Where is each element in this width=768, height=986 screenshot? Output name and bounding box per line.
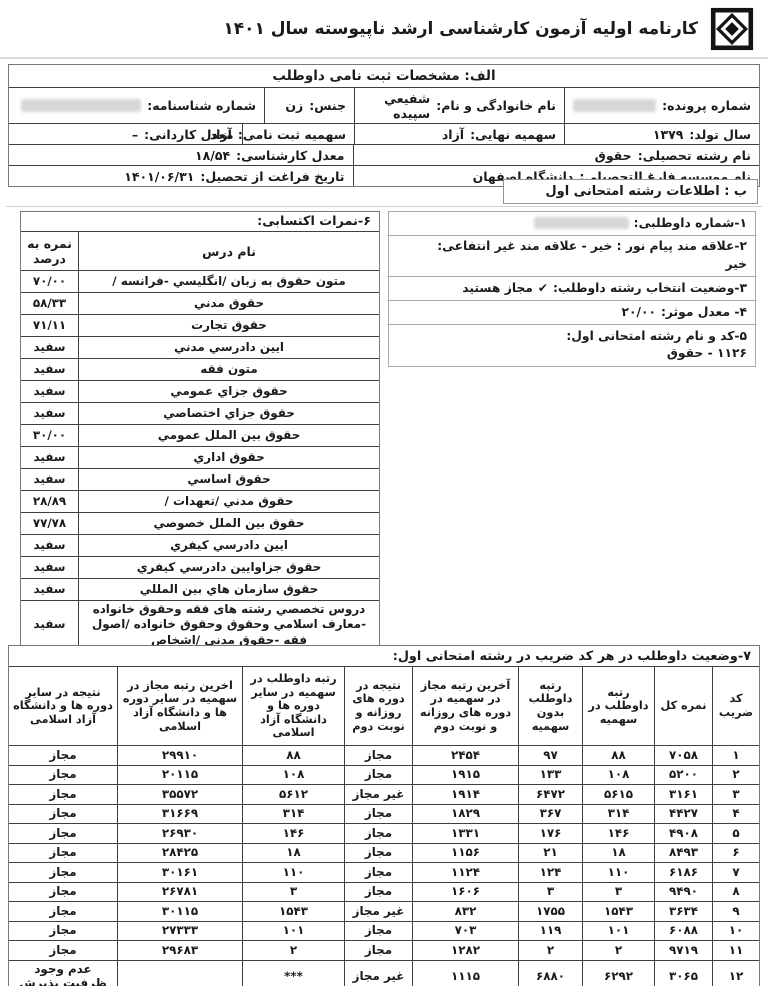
gender-value: زن <box>285 98 303 113</box>
section-a-registration-table: الف: مشخصات ثبت نامی داوطلب شماره پرونده… <box>8 64 760 187</box>
reg-quota-field: سهمیه ثبت نامی: آزاد <box>242 124 355 144</box>
table-cell: ۱۷۶ <box>518 824 582 843</box>
table-cell: ۱۳۳۱ <box>412 824 518 843</box>
table-cell: ۶۱۸۶ <box>654 863 712 882</box>
table-cell: حقوق جزاي اختصاصي <box>78 403 379 424</box>
graduation-date-field: تاریخ فراغت از تحصیل: ۱۴۰۱/۰۶/۳۱ <box>9 166 353 186</box>
table-cell: ۱۱۰ <box>582 863 654 882</box>
table-cell: ۸۸ <box>242 746 344 765</box>
section-a-title: الف: مشخصات ثبت نامی داوطلب <box>9 65 759 87</box>
table-row: شماره پرونده: نام خانوادگی و نام: شفیعي … <box>9 87 759 123</box>
azad-university-logo-icon <box>710 7 754 51</box>
table-cell: مجاز <box>344 863 412 882</box>
column-header-rank-in-quota: رتبه داوطلب در سهمیه <box>582 667 654 745</box>
coefficient-status-table: ۷-وضعیت داوطلب در هر کد ضریب در رشته امت… <box>8 645 760 986</box>
table-cell: ۱۹۱۴ <box>412 785 518 804</box>
final-quota-value: آزاد <box>442 127 464 142</box>
coefficient-table-header: کد ضریب نمره کل رتبه داوطلب در سهمیه رتب… <box>9 666 759 745</box>
selection-status-row: ۳-وضعیت انتخاب رشته داوطلب: ✔ مجاز هستید <box>389 276 755 300</box>
table-cell: ۹۷ <box>518 746 582 765</box>
table-row: حقوق مدني۵۸/۳۳ <box>21 292 379 314</box>
exam-field-code-value: ۱۱۲۶ - حقوق <box>397 345 747 363</box>
table-row: متون فقهسفید <box>21 358 379 380</box>
table-cell: ۲۱ <box>518 844 582 863</box>
table-cell: مجاز <box>9 922 117 941</box>
selection-status-value: مجاز هستید <box>462 280 533 298</box>
assoc-gpa-value: – <box>132 127 138 142</box>
table-cell: ۳۰۱۶۱ <box>117 863 242 882</box>
coefficient-table-body: ۱۷۰۵۸۸۸۹۷۲۴۵۴مجاز۸۸۲۹۹۱۰مجاز۲۵۲۰۰۱۰۸۱۳۳۱… <box>9 745 759 986</box>
bachelor-gpa-field: معدل کارشناسی: ۱۸/۵۴ <box>9 145 353 165</box>
table-row: حقوق بین الملل عمومي۳۰/۰۰ <box>21 424 379 446</box>
table-row: ۱۰۶۰۸۸۱۰۱۱۱۹۷۰۳مجاز۱۰۱۲۷۳۳۳مجاز <box>9 921 759 941</box>
table-row: ۴۴۴۲۷۳۱۴۳۶۷۱۸۲۹مجاز۳۱۴۳۱۶۶۹مجاز <box>9 804 759 824</box>
table-cell: مجاز <box>344 746 412 765</box>
table-row: ۶۸۴۹۳۱۸۲۱۱۱۵۶مجاز۱۸۲۸۴۲۵مجاز <box>9 843 759 863</box>
table-cell: ۵۲۰۰ <box>654 766 712 785</box>
table-cell: ۲ <box>518 941 582 960</box>
table-cell: مجاز <box>9 785 117 804</box>
final-quota-field: سهمیه نهایی: آزاد <box>354 124 564 144</box>
table-cell: مجاز <box>9 824 117 843</box>
birth-year-value: ۱۳۷۹ <box>653 127 684 142</box>
scores-table-body: متون حقوق به زبان /انگلیسي -فرانسه /۷۰/۰… <box>21 270 379 671</box>
table-cell: حقوق اساسي <box>78 469 379 490</box>
effective-gpa-row: ۴- معدل موثر: ۲۰/۰۰ <box>389 300 755 324</box>
table-row: ۵۴۹۰۸۱۴۶۱۷۶۱۳۳۱مجاز۱۴۶۲۶۹۳۰مجاز <box>9 823 759 843</box>
name-value: شفیعي سپیده <box>363 91 430 121</box>
table-cell: ۱۸ <box>582 844 654 863</box>
gender-label: جنس: <box>309 98 346 113</box>
table-cell: ۷۰۵۸ <box>654 746 712 765</box>
table-cell: ۳۰۶۵ <box>654 961 712 986</box>
table-cell: مجاز <box>9 805 117 824</box>
table-cell: مجاز <box>9 746 117 765</box>
table-row: متون حقوق به زبان /انگلیسي -فرانسه /۷۰/۰… <box>21 270 379 292</box>
table-cell: ۲ <box>712 766 759 785</box>
table-row: دروس تخصصي رشته های فقه وحقوق خانواده -م… <box>21 600 379 649</box>
column-header-rank-other-courses: رتبه داوطلب در سهمیه در سایر دوره ها و د… <box>242 667 344 745</box>
table-cell: ۲ <box>242 941 344 960</box>
table-cell: ۵۸/۳۳ <box>21 293 78 314</box>
table-cell: ۱۰۸ <box>242 766 344 785</box>
column-header-total-score: نمره کل <box>654 667 712 745</box>
table-row: ۷۶۱۸۶۱۱۰۱۲۴۱۱۲۴مجاز۱۱۰۳۰۱۶۱مجاز <box>9 862 759 882</box>
bachelor-gpa-label: معدل کارشناسی: <box>236 148 344 163</box>
redacted-candidate-number <box>534 217 629 229</box>
table-row: حقوق اداريسفید <box>21 446 379 468</box>
table-cell: سفید <box>21 579 78 600</box>
table-cell: ۸ <box>712 883 759 902</box>
section-b-title-box: ب : اطلاعات رشته امتحانی اول <box>503 179 758 204</box>
table-cell: ۱۳۳ <box>518 766 582 785</box>
table-cell: ۹۴۹۰ <box>654 883 712 902</box>
table-cell: ۱۲۸۲ <box>412 941 518 960</box>
table-cell: حقوق اداري <box>78 447 379 468</box>
table-row: ۱۱۹۷۱۹۲۲۱۲۸۲مجاز۲۲۹۶۸۳مجاز <box>9 940 759 960</box>
table-cell: ۱ <box>712 746 759 765</box>
table-cell: ۲۷۳۳۳ <box>117 922 242 941</box>
candidate-number-label: ۱-شماره داوطلبی: <box>634 215 747 233</box>
table-row: ۱۷۰۵۸۸۸۹۷۲۴۵۴مجاز۸۸۲۹۹۱۰مجاز <box>9 745 759 765</box>
table-cell: ۷۱/۱۱ <box>21 315 78 336</box>
table-cell: ۲۴۵۴ <box>412 746 518 765</box>
table-cell: مجاز <box>9 902 117 921</box>
interest-label: ۲-علاقه مند پیام نور : خیر - علاقه مند غ… <box>397 238 747 256</box>
check-icon: ✔ <box>538 280 548 297</box>
table-row: ایین دادرسي مدنيسفید <box>21 336 379 358</box>
table-cell: ۱۱۵۶ <box>412 844 518 863</box>
table-cell: ۵۶۱۲ <box>242 785 344 804</box>
table-cell: ۳۱۶۶۹ <box>117 805 242 824</box>
table-cell: ۱۱۲۴ <box>412 863 518 882</box>
scores-table-header: نام درس نمره به درصد <box>21 231 379 270</box>
table-row: حقوق مدني /تعهدات /۲۸/۸۹ <box>21 490 379 512</box>
table-cell: مجاز <box>344 922 412 941</box>
acquired-scores-table: ۶-نمرات اکتسابی: نام درس نمره به درصد مت… <box>20 211 380 672</box>
birth-year-field: سال تولد: ۱۳۷۹ <box>564 124 759 144</box>
table-cell: ۱۷۵۵ <box>518 902 582 921</box>
column-header-coef-code: کد ضریب <box>712 667 759 745</box>
table-cell: ایین دادرسي مدني <box>78 337 379 358</box>
table-cell: مجاز <box>344 824 412 843</box>
table-cell: سفید <box>21 535 78 556</box>
table-row: حقوق جزاي اختصاصيسفید <box>21 402 379 424</box>
table-cell: سفید <box>21 381 78 402</box>
table-cell: متون فقه <box>78 359 379 380</box>
section-b-divider <box>6 206 762 207</box>
table-cell: ۱۶۰۶ <box>412 883 518 902</box>
effective-gpa-value: ۲۰/۰۰ <box>621 304 656 322</box>
table-cell: حقوق جزاي عمومي <box>78 381 379 402</box>
table-row: سال تولد: ۱۳۷۹ سهمیه نهایی: آزاد سهمیه ث… <box>9 123 759 144</box>
table-cell: ۲۶۷۸۱ <box>117 883 242 902</box>
table-row: نام رشته تحصیلی: حقوق معدل کارشناسی: ۱۸/… <box>9 144 759 165</box>
gender-field: جنس: زن <box>264 88 354 123</box>
table-cell: ۶۸۸۰ <box>518 961 582 986</box>
table-cell: ۸۴۹۳ <box>654 844 712 863</box>
table-cell: ۶۰۸۸ <box>654 922 712 941</box>
table-row: حقوق سازمان هاي بین الملليسفید <box>21 578 379 600</box>
section-b-title: ب : اطلاعات رشته امتحانی اول <box>545 184 747 199</box>
table-cell: ۱۱۰ <box>242 863 344 882</box>
file-number-label: شماره پرونده: <box>662 98 751 113</box>
table-cell: ۷ <box>712 863 759 882</box>
table-cell: ۲ <box>582 941 654 960</box>
table-cell: ۱۱۱۵ <box>412 961 518 986</box>
table-cell: ۱۰۱ <box>582 922 654 941</box>
table-cell: متون حقوق به زبان /انگلیسي -فرانسه / <box>78 271 379 292</box>
table-cell: ۲۸/۸۹ <box>21 491 78 512</box>
table-row: ۲۵۲۰۰۱۰۸۱۳۳۱۹۱۵مجاز۱۰۸۲۰۱۱۵مجاز <box>9 765 759 785</box>
name-label: نام خانوادگی و نام: <box>436 98 556 113</box>
table-cell: ۱۱ <box>712 941 759 960</box>
table-cell: ۲۹۹۱۰ <box>117 746 242 765</box>
interest-row: ۲-علاقه مند پیام نور : خیر - علاقه مند غ… <box>389 235 755 277</box>
column-header-last-allowed-rank-day: آخرین رتبه مجاز در سهمیه در دوره های روز… <box>412 667 518 745</box>
table-cell: ۱۵۴۳ <box>582 902 654 921</box>
candidate-number-row: ۱-شماره داوطلبی: <box>389 212 755 235</box>
table-cell: ۶ <box>712 844 759 863</box>
table-cell: ۱۰ <box>712 922 759 941</box>
table-row: حقوق جزاي عموميسفید <box>21 380 379 402</box>
table-cell: ۳ <box>712 785 759 804</box>
table-cell: غیر مجاز <box>344 961 412 986</box>
table-cell: مجاز <box>344 805 412 824</box>
table-row: حقوق بین الملل خصوصي۷۷/۷۸ <box>21 512 379 534</box>
selection-status-label: ۳-وضعیت انتخاب رشته داوطلب: <box>553 280 747 298</box>
table-cell: سفید <box>21 403 78 424</box>
exam-field-code-label: ۵-کد و نام رشته امتحانی اول: <box>397 328 747 346</box>
table-cell: ۳۱۴ <box>582 805 654 824</box>
table-cell: ۱۴۶ <box>582 824 654 843</box>
table-cell: ۳۰۱۱۵ <box>117 902 242 921</box>
graduation-date-value: ۱۴۰۱/۰۶/۳۱ <box>124 169 194 184</box>
table-cell: ۱۸ <box>242 844 344 863</box>
table-row: ایین دادرسي کیفريسفید <box>21 534 379 556</box>
graduation-date-label: تاریخ فراغت از تحصیل: <box>200 169 344 184</box>
table-cell: مجاز <box>9 883 117 902</box>
redacted-id-number <box>21 99 141 112</box>
table-cell: ۲۸۴۲۵ <box>117 844 242 863</box>
degree-field: نام رشته تحصیلی: حقوق <box>353 145 760 165</box>
file-number-field: شماره پرونده: <box>564 88 759 123</box>
table-cell: ۳۱۴ <box>242 805 344 824</box>
table-cell: مجاز <box>344 941 412 960</box>
table-cell: ۴۹۰۸ <box>654 824 712 843</box>
reg-quota-label: سهمیه ثبت نامی: <box>238 127 346 142</box>
table-cell: مجاز <box>9 941 117 960</box>
table-row: ۳۳۱۶۱۵۶۱۵۶۴۷۲۱۹۱۴غیر مجاز۵۶۱۲۳۵۵۷۲مجاز <box>9 784 759 804</box>
table-cell: ۱۰۸ <box>582 766 654 785</box>
table-cell: ۴۴۲۷ <box>654 805 712 824</box>
table-cell: ۳ <box>242 883 344 902</box>
table-row: حقوق اساسيسفید <box>21 468 379 490</box>
table-cell: ۹۷۱۹ <box>654 941 712 960</box>
interest-value: خیر <box>397 256 747 274</box>
table-cell: ۱۵۴۳ <box>242 902 344 921</box>
table-cell: ۳ <box>518 883 582 902</box>
table-cell: ۱۴۶ <box>242 824 344 843</box>
table-cell: غیر مجاز <box>344 785 412 804</box>
table-cell: ۲۶۹۳۰ <box>117 824 242 843</box>
table-cell: حقوق سازمان هاي بین المللي <box>78 579 379 600</box>
table-cell: ۸۳۲ <box>412 902 518 921</box>
table-cell: ۳ <box>582 883 654 902</box>
final-quota-label: سهمیه نهایی: <box>470 127 556 142</box>
bachelor-gpa-value: ۱۸/۵۴ <box>195 148 230 163</box>
table-cell: حقوق بین الملل عمومي <box>78 425 379 446</box>
report-header: کارنامه اولیه آزمون کارشناسی ارشد ناپیوس… <box>14 6 754 52</box>
table-cell: عدم وجود ظرفیت پذیرش <box>9 961 117 986</box>
column-header-rank-without-quota: رتبه داوطلب بدون سهمیه <box>518 667 582 745</box>
table-cell: سفید <box>21 359 78 380</box>
table-cell: مجاز <box>344 883 412 902</box>
degree-field-value: حقوق <box>595 148 632 163</box>
table-cell: سفید <box>21 601 78 649</box>
table-row: حقوق جزاوایین دادرسي کیفريسفید <box>21 556 379 578</box>
table-cell: ۳۰/۰۰ <box>21 425 78 446</box>
table-cell: مجاز <box>9 863 117 882</box>
first-exam-field-info-panel: ۱-شماره داوطلبی: ۲-علاقه مند پیام نور : … <box>388 211 756 367</box>
assoc-gpa-field: معدل کاردانی: – <box>9 124 242 144</box>
table-cell: ۱۲۴ <box>518 863 582 882</box>
id-number-field: شماره شناسنامه: <box>9 88 264 123</box>
table-cell: ۶۲۹۲ <box>582 961 654 986</box>
page-title: کارنامه اولیه آزمون کارشناسی ارشد ناپیوس… <box>223 19 698 39</box>
redacted-file-number <box>573 99 656 112</box>
table-cell: ۳۶۳۴ <box>654 902 712 921</box>
table-cell: غیر مجاز <box>344 902 412 921</box>
table-cell: مجاز <box>344 844 412 863</box>
table-cell: سفید <box>21 337 78 358</box>
table-cell: ۲۰۱۱۵ <box>117 766 242 785</box>
table-cell: ۷۷/۷۸ <box>21 513 78 534</box>
table-row: ۱۲۳۰۶۵۶۲۹۲۶۸۸۰۱۱۱۵غیر مجاز***عدم وجود ظر… <box>9 960 759 986</box>
table-row: حقوق تجارت۷۱/۱۱ <box>21 314 379 336</box>
header-divider <box>0 57 768 59</box>
table-cell: ۱۱۹ <box>518 922 582 941</box>
score-column-header: نمره به درصد <box>21 232 78 270</box>
table-cell: مجاز <box>9 844 117 863</box>
table-cell: ۳۱۶۱ <box>654 785 712 804</box>
table-cell: حقوق جزاوایین دادرسي کیفري <box>78 557 379 578</box>
table-cell: سفید <box>21 557 78 578</box>
table-row: ۹۳۶۳۴۱۵۴۳۱۷۵۵۸۳۲غیر مجاز۱۵۴۳۳۰۱۱۵مجاز <box>9 901 759 921</box>
table-cell: ۱۸۲۹ <box>412 805 518 824</box>
table-cell: ۳۵۵۷۲ <box>117 785 242 804</box>
degree-field-label: نام رشته تحصیلی: <box>638 148 751 163</box>
name-field: نام خانوادگی و نام: شفیعي سپیده <box>354 88 564 123</box>
effective-gpa-label: ۴- معدل موثر: <box>661 304 747 322</box>
exam-report-card: کارنامه اولیه آزمون کارشناسی ارشد ناپیوس… <box>0 0 768 986</box>
table-cell: ۲۹۶۸۳ <box>117 941 242 960</box>
course-column-header: نام درس <box>78 232 379 270</box>
id-number-label: شماره شناسنامه: <box>147 98 256 113</box>
table-cell: ۱۲ <box>712 961 759 986</box>
table-cell: حقوق مدني <box>78 293 379 314</box>
scores-table-title: ۶-نمرات اکتسابی: <box>21 212 379 231</box>
coefficient-table-title: ۷-وضعیت داوطلب در هر کد ضریب در رشته امت… <box>9 646 759 666</box>
table-cell: ۷۰۳ <box>412 922 518 941</box>
column-header-result-other: نتیجه در سایر دوره ها و دانشگاه آزاد اسل… <box>9 667 117 745</box>
table-cell: ۶۴۷۲ <box>518 785 582 804</box>
column-header-last-allowed-rank-other: اخرین رتبه مجاز در سهمیه در سایر دوره ها… <box>117 667 242 745</box>
table-row: ۸۹۴۹۰۳۳۱۶۰۶مجاز۳۲۶۷۸۱مجاز <box>9 882 759 902</box>
table-cell: حقوق مدني /تعهدات / <box>78 491 379 512</box>
table-cell: دروس تخصصي رشته های فقه وحقوق خانواده -م… <box>78 601 379 649</box>
exam-field-code-row: ۵-کد و نام رشته امتحانی اول: ۱۱۲۶ - حقوق <box>389 324 755 366</box>
table-cell: ۸۸ <box>582 746 654 765</box>
table-cell: حقوق تجارت <box>78 315 379 336</box>
table-cell: ۵ <box>712 824 759 843</box>
table-cell: ۱۹۱۵ <box>412 766 518 785</box>
table-cell: ۱۰۱ <box>242 922 344 941</box>
table-cell: ۵۶۱۵ <box>582 785 654 804</box>
birth-year-label: سال تولد: <box>689 127 751 142</box>
table-cell: *** <box>242 961 344 986</box>
table-cell: سفید <box>21 469 78 490</box>
table-cell: سفید <box>21 447 78 468</box>
column-header-result-day: نتیجه در دوره های روزانه و نوبت دوم <box>344 667 412 745</box>
table-cell: ۴ <box>712 805 759 824</box>
table-cell: ۷۰/۰۰ <box>21 271 78 292</box>
table-cell: مجاز <box>344 766 412 785</box>
table-cell <box>117 961 242 986</box>
assoc-gpa-label: معدل کاردانی: <box>144 127 233 142</box>
table-cell: حقوق بین الملل خصوصي <box>78 513 379 534</box>
table-cell: ۳۶۷ <box>518 805 582 824</box>
table-cell: ایین دادرسي کیفري <box>78 535 379 556</box>
table-cell: مجاز <box>9 766 117 785</box>
table-cell: ۹ <box>712 902 759 921</box>
